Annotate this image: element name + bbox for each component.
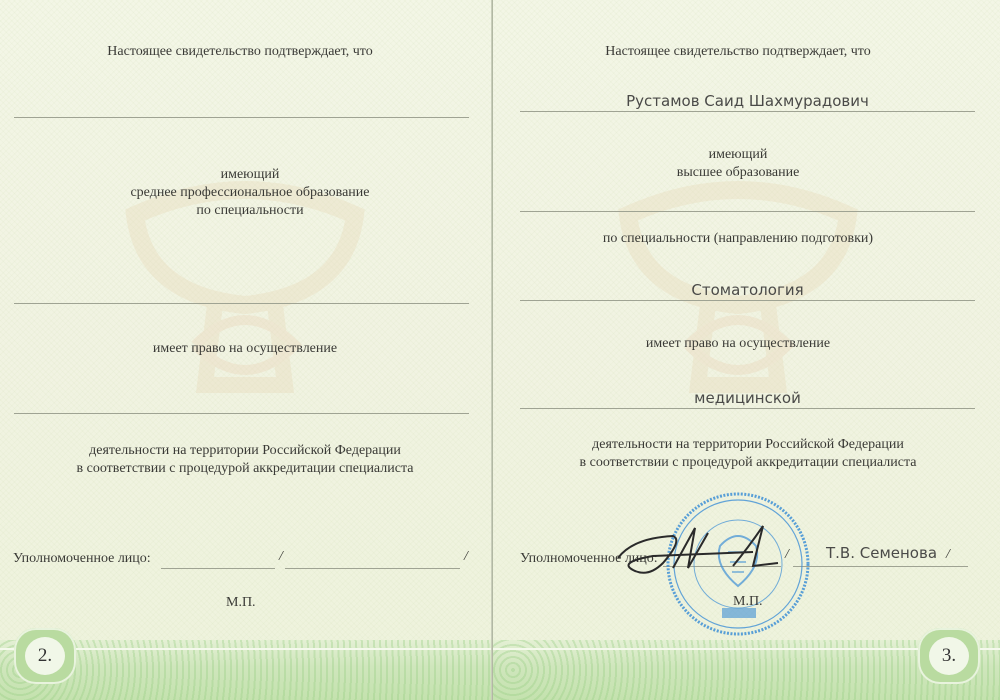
separator-slash-end: / bbox=[464, 549, 468, 565]
specialty-field: Стоматология bbox=[520, 281, 975, 299]
activity-underline bbox=[520, 408, 975, 409]
having-text: имеющий bbox=[493, 146, 983, 164]
intro-text: Настоящее свидетельство подтверждает, чт… bbox=[0, 43, 480, 61]
activity-line-1: деятельности на территории Российской Фе… bbox=[493, 436, 1000, 454]
right-to-text: имеет право на осуществление bbox=[0, 340, 490, 358]
separator-slash-end: / bbox=[946, 547, 950, 563]
handwritten-signature-icon bbox=[613, 518, 793, 588]
name-line bbox=[285, 568, 460, 569]
activity-line-1: деятельности на территории Российской Фе… bbox=[0, 442, 490, 460]
specialty-underline bbox=[520, 300, 975, 301]
name-underline bbox=[520, 111, 975, 112]
signature-line bbox=[161, 568, 275, 569]
separator-slash: / bbox=[279, 549, 283, 565]
activity-line-2: в соответствии с процедурой аккредитации… bbox=[493, 454, 1000, 472]
activity-line-2: в соответствии с процедурой аккредитации… bbox=[0, 460, 490, 478]
name-line bbox=[793, 566, 968, 567]
education-text: среднее профессиональное образование bbox=[0, 184, 493, 202]
specialty-underline bbox=[14, 303, 469, 304]
having-text: имеющий bbox=[0, 166, 493, 184]
page-number: 2. bbox=[25, 637, 65, 675]
holder-name-field: Рустамов Саид Шахмурадович bbox=[520, 92, 975, 110]
page-number-badge: 3. bbox=[918, 628, 980, 684]
activity-field: медицинской bbox=[520, 389, 975, 407]
education-text: высшее образование bbox=[493, 164, 983, 182]
right-to-text: имеет право на осуществление bbox=[493, 335, 983, 353]
education-underline bbox=[520, 211, 975, 212]
by-specialty-text: по специальности (направлению подготовки… bbox=[493, 230, 983, 248]
name-underline bbox=[14, 117, 469, 118]
by-specialty-text: по специальности bbox=[0, 202, 493, 220]
left-page: Настоящее свидетельство подтверждает, чт… bbox=[0, 0, 493, 700]
right-page: Настоящее свидетельство подтверждает, чт… bbox=[493, 0, 1000, 700]
intro-text: Настоящее свидетельство подтверждает, чт… bbox=[493, 43, 983, 61]
page-number: 3. bbox=[929, 637, 969, 675]
activity-underline bbox=[14, 413, 469, 414]
seal-placeholder: М.П. bbox=[733, 594, 763, 610]
seal-placeholder: М.П. bbox=[226, 595, 256, 611]
signatory-name: Т.В. Семенова bbox=[826, 544, 937, 562]
authorized-person-label: Уполномоченное лицо: bbox=[13, 551, 151, 567]
page-number-badge: 2. bbox=[14, 628, 76, 684]
